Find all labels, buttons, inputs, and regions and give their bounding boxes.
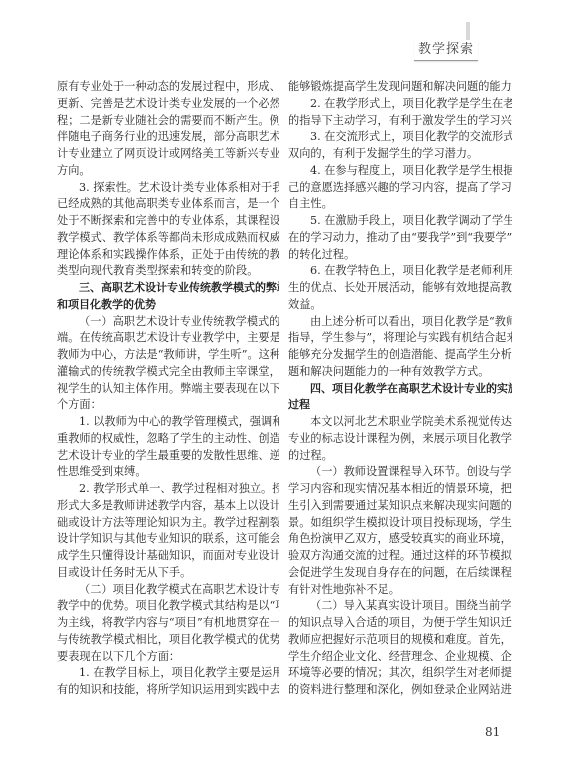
body-text-line: 更新、完善是艺术设计类专业发展的一个必然过 [57,96,279,113]
section-heading-line: 三、高职艺术设计专业传统教学模式的弊端 [57,280,279,297]
body-text-line: 在的学习动力，推动了由“要我学”到“我要学” [288,230,512,247]
body-text-line: 3. 在交流形式上，项目化教学的交流形式是 [288,129,512,146]
body-text-line: 的转化过程。 [288,247,512,264]
body-text-line: 类型向现代教育类型探索和转变的阶段。 [57,263,279,280]
body-text-line: 程；二是新专业随社会的需要而不断产生。例如， [57,113,279,130]
body-text-line: 生引入到需要通过某知识点来解决现实问题的场 [288,498,512,515]
body-text-line: 4. 在参与程度上，项目化教学是学生根据自 [288,163,512,180]
body-text-line: 视学生的认知主体作用。弊端主要表现在以下两 [57,381,279,398]
section-heading-line: 四、项目化教学在高职艺术设计专业的实施 [288,381,512,398]
body-text-line: 教学中的优势。项目化教学模式其结构是以“项目” [57,598,279,615]
body-text-line: 由上述分析可以看出，项目化教学是“教师 [288,314,512,331]
body-text-line: （一）教师设置课程导入环节。创设与学生 [288,464,512,481]
section-heading-line: 过程 [288,397,512,414]
body-text-line: 角色扮演甲乙双方，感受较真实的商业环境，体 [288,531,512,548]
body-text-line: 伴随电子商务行业的迅速发展，部分高职艺术设 [57,129,279,146]
body-text-line: 已经成熟的其他高职类专业体系而言，是一个正 [57,196,279,213]
body-text-line: 灌输式的传统教学模式完全由教师主宰课堂，忽 [57,364,279,381]
body-text-line: 验双方沟通交流的过程。通过这样的环节模拟， [288,548,512,565]
body-text-line: 教学模式、教学体系等都尚未形成成熟而权威的 [57,230,279,247]
body-text-line: 环境等必要的情况；其次，组织学生对老师提供 [288,665,512,682]
body-text-line: 专业的标志设计课程为例，来展示项目化教学 [288,431,512,448]
body-text-line: 端。在传统高职艺术设计专业教学中，主要是以 [57,330,279,347]
body-text-line: 己的意愿选择感兴趣的学习内容，提高了学习的 [288,180,512,197]
body-text-line: 形式大多是教师讲述教学内容，基本上以设计基 [57,498,279,515]
right-text-column: 能够锻炼提高学生发现问题和解决问题的能力。2. 在教学形式上，项目化教学是学生在… [288,79,512,699]
body-text-line: 指导，学生参与”，将理论与实践有机结合起来， [288,330,512,347]
body-text-line: 性思维受到束缚。 [57,464,279,481]
body-text-line: 6. 在教学特色上，项目化教学是老师利用学 [288,263,512,280]
body-text-line: 计专业建立了网页设计或网络美工等新兴专业 [57,146,279,163]
body-text-line: 目或设计任务时无从下手。 [57,565,279,582]
body-text-line: 有的知识和技能，将所学知识运用到实践中去， [57,682,279,699]
body-text-line: 原有专业处于一种动态的发展过程中，形成、调整、 [57,79,279,96]
body-text-line: 本文以河北艺术职业学院美术系视觉传达 [288,414,512,431]
body-text-line: 处于不断探索和完善中的专业体系，其课程设置、 [57,213,279,230]
body-text-line: （一）高职艺术设计专业传统教学模式的弊 [57,314,279,331]
body-text-line: 生的优点、长处开展活动，能够有效地提高教学 [288,280,512,297]
body-text-line: 2. 教学形式单一、教学过程相对独立。授课 [57,481,279,498]
section-label: 教学探索 [414,40,478,61]
body-text-line: 景。如组织学生模拟设计项目投标现场，学生分 [288,515,512,532]
section-heading-line: 和项目化教学的优势 [57,297,279,314]
body-text-line: 成学生只懂得设计基础知识，而面对专业设计项 [57,548,279,565]
body-text-line: 双向的，有利于发掘学生的学习潜力。 [288,146,512,163]
body-text-line: 的过程。 [288,448,512,465]
body-text-line: 的资料进行整理和深化，例如登录企业网站进行 [288,682,512,699]
body-text-line: 个方面： [57,397,279,414]
body-text-line: （二）导入某真实设计项目。围绕当前学习 [288,598,512,615]
body-text-line: 学习内容和现实情况基本相近的情景环境，把学 [288,481,512,498]
page-number: 81 [485,725,500,739]
body-text-line: 艺术设计专业的学生最重要的发散性思维、逆向 [57,448,279,465]
body-text-line: 要表现在以下几个方面： [57,649,279,666]
body-text-line: 能够充分发掘学生的创造潜能、提高学生分析问 [288,347,512,364]
body-text-line: 理论体系和实践操作体系，正处于由传统的教育 [57,247,279,264]
body-text-line: 学生介绍企业文化、经营理念、企业规模、企业 [288,649,512,666]
body-text-line: 1. 在教学目标上，项目化教学主要是运用已 [57,665,279,682]
body-text-line: 2. 在教学形式上，项目化教学是学生在老师 [288,96,512,113]
body-text-line: 5. 在激励手段上，项目化教学调动了学生内 [288,213,512,230]
body-text-line: 为主线，将教学内容与“项目”有机地贯穿在一起。 [57,615,279,632]
left-text-column: 原有专业处于一种动态的发展过程中，形成、调整、更新、完善是艺术设计类专业发展的一… [57,79,279,699]
body-text-line: 重教师的权威性，忽略了学生的主动性、创造性， [57,431,279,448]
body-text-line: 础或设计方法等理论知识为主。教学过程割裂了 [57,515,279,532]
body-text-line: （二）项目化教学模式在高职艺术设计专业 [57,582,279,599]
body-text-line: 会促进学生发现自身存在的问题，在后续课程中 [288,565,512,582]
body-text-line: 3. 探索性。艺术设计类专业体系相对于我国 [57,180,279,197]
body-text-line: 1. 以教师为中心的教学管理模式，强调和注 [57,414,279,431]
body-text-line: 能够锻炼提高学生发现问题和解决问题的能力。 [288,79,512,96]
body-text-line: 的知识点导入合适的项目，为便于学生知识迁移， [288,615,512,632]
body-text-line: 设计学知识与其他专业知识的联系，这可能会造 [57,531,279,548]
body-text-line: 的指导下主动学习，有利于激发学生的学习兴趣。 [288,113,512,130]
body-text-line: 自主性。 [288,196,512,213]
body-text-line: 有针对性地弥补不足。 [288,582,512,599]
body-text-line: 与传统教学模式相比，项目化教学模式的优势主 [57,632,279,649]
body-text-line: 效益。 [288,297,512,314]
body-text-line: 题和解决问题能力的一种有效教学方式。 [288,364,512,381]
body-text-line: 教师为中心，方法是“教师讲，学生听”。这种 [57,347,279,364]
body-text-line: 教师应把握好示范项目的规模和难度。首先，向 [288,632,512,649]
body-text-line: 方向。 [57,163,279,180]
